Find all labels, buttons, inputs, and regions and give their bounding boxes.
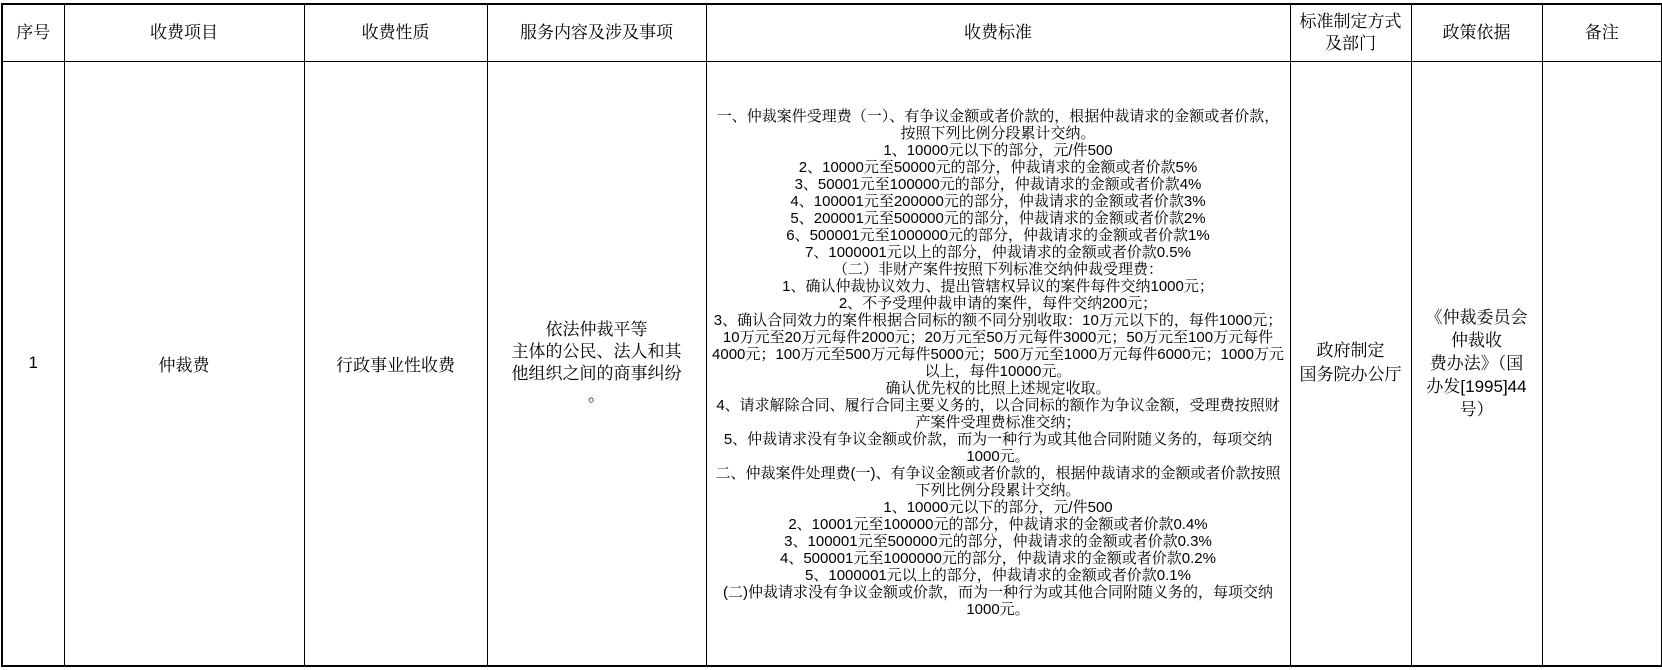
column-header-fee-standard: 收费标准	[706, 4, 1290, 61]
fee-standard-paragraph: 1、10000元以下的部分，元/件500	[712, 499, 1285, 516]
fee-standard-paragraph: 3、50001元至100000元的部分，仲裁请求的金额或者价款4%	[712, 176, 1285, 193]
cell-standard-maker: 政府制定 国务院办公厅	[1290, 61, 1411, 666]
fee-standard-paragraph: 2、10001元至100000元的部分，仲裁请求的金额或者价款0.4%	[712, 516, 1285, 533]
column-header-policy-basis: 政策依据	[1411, 4, 1542, 61]
fee-standard-paragraph: （二）非财产案件按照下列标准交纳仲裁受理费：	[712, 261, 1285, 278]
fee-standard-paragraph: 5、仲裁请求没有争议金额或价款，而为一种行为或其他合同附随义务的，每项交纳100…	[712, 431, 1285, 465]
column-header-service-content: 服务内容及涉及事项	[487, 4, 706, 61]
fee-standard-paragraph: 一、仲裁案件受理费（一）、有争议金额或者价款的，根据仲裁请求的金额或者价款，按照…	[712, 108, 1285, 142]
fee-standard-paragraph: 3、100001元至500000元的部分，仲裁请求的金额或者价款0.3%	[712, 533, 1285, 550]
table-row: 1 仲裁费 行政事业性收费 依法仲裁平等 主体的公民、法人和其 他组织之间的商事…	[2, 61, 1662, 666]
fee-standard-paragraph: (二)仲裁请求没有争议金额或价款，而为一种行为或其他合同附随义务的，每项交纳10…	[712, 584, 1285, 618]
cell-remark	[1542, 61, 1662, 666]
column-header-standard-maker-label: 标准制定方式及部门	[1298, 11, 1404, 55]
cell-index: 1	[2, 61, 64, 666]
column-header-standard-maker: 标准制定方式及部门	[1290, 4, 1411, 61]
column-header-index: 序号	[2, 4, 64, 61]
fee-standard-paragraph: 二、仲裁案件处理费(一)、有争议金额或者价款的，根据仲裁请求的金额或者价款按照下…	[712, 465, 1285, 499]
cell-fee-nature: 行政事业性收费	[304, 61, 487, 666]
fee-standard-paragraph: 4、请求解除合同、履行合同主要义务的，以合同标的额作为争议金额，受理费按照财产案…	[712, 397, 1285, 431]
table-header-row: 序号 收费项目 收费性质 服务内容及涉及事项 收费标准 标准制定方式及部门 政策…	[2, 4, 1662, 61]
fee-standard-paragraph: 2、10000元至50000元的部分，仲裁请求的金额或者价款5%	[712, 159, 1285, 176]
fee-schedule-sheet: 序号 收费项目 收费性质 服务内容及涉及事项 收费标准 标准制定方式及部门 政策…	[1, 3, 1661, 667]
column-header-remark: 备注	[1542, 4, 1662, 61]
fee-schedule-table: 序号 收费项目 收费性质 服务内容及涉及事项 收费标准 标准制定方式及部门 政策…	[1, 3, 1662, 667]
fee-standard-paragraph: 5、1000001元以上的部分，仲裁请求的金额或者价款0.1%	[712, 567, 1285, 584]
fee-standard-paragraph: 1、确认仲裁协议效力、提出管辖权异议的案件每件交纳1000元；	[712, 278, 1285, 295]
fee-standard-paragraph: 3、确认合同效力的案件根据合同标的额不同分别收取：10万元以下的，每件1000元…	[712, 312, 1285, 380]
fee-standard-paragraph: 7、1000001元以上的部分，仲裁请求的金额或者价款0.5%	[712, 244, 1285, 261]
column-header-fee-nature: 收费性质	[304, 4, 487, 61]
cell-fee-item: 仲裁费	[64, 61, 304, 666]
fee-standard-paragraph: 5、200001元至500000元的部分，仲裁请求的金额或者价款2%	[712, 210, 1285, 227]
fee-standard-paragraph: 1、10000元以下的部分，元/件500	[712, 142, 1285, 159]
fee-standard-paragraph: 6、500001元至1000000元的部分，仲裁请求的金额或者价款1%	[712, 227, 1285, 244]
cell-service-content: 依法仲裁平等 主体的公民、法人和其 他组织之间的商事纠纷 。	[487, 61, 706, 666]
cell-policy-basis: 《仲裁委员会 仲裁收 费办法》（国 办发[1995]44 号）	[1411, 61, 1542, 666]
fee-standard-paragraph: 确认优先权的比照上述规定收取。	[712, 380, 1285, 397]
cell-fee-standard: 一、仲裁案件受理费（一）、有争议金额或者价款的，根据仲裁请求的金额或者价款，按照…	[706, 61, 1290, 666]
fee-standard-paragraph: 4、500001元至1000000元的部分，仲裁请求的金额或者价款0.2%	[712, 550, 1285, 567]
fee-standard-paragraph: 4、100001元至200000元的部分，仲裁请求的金额或者价款3%	[712, 193, 1285, 210]
column-header-fee-item: 收费项目	[64, 4, 304, 61]
fee-standard-paragraph: 2、不予受理仲裁申请的案件，每件交纳200元；	[712, 295, 1285, 312]
